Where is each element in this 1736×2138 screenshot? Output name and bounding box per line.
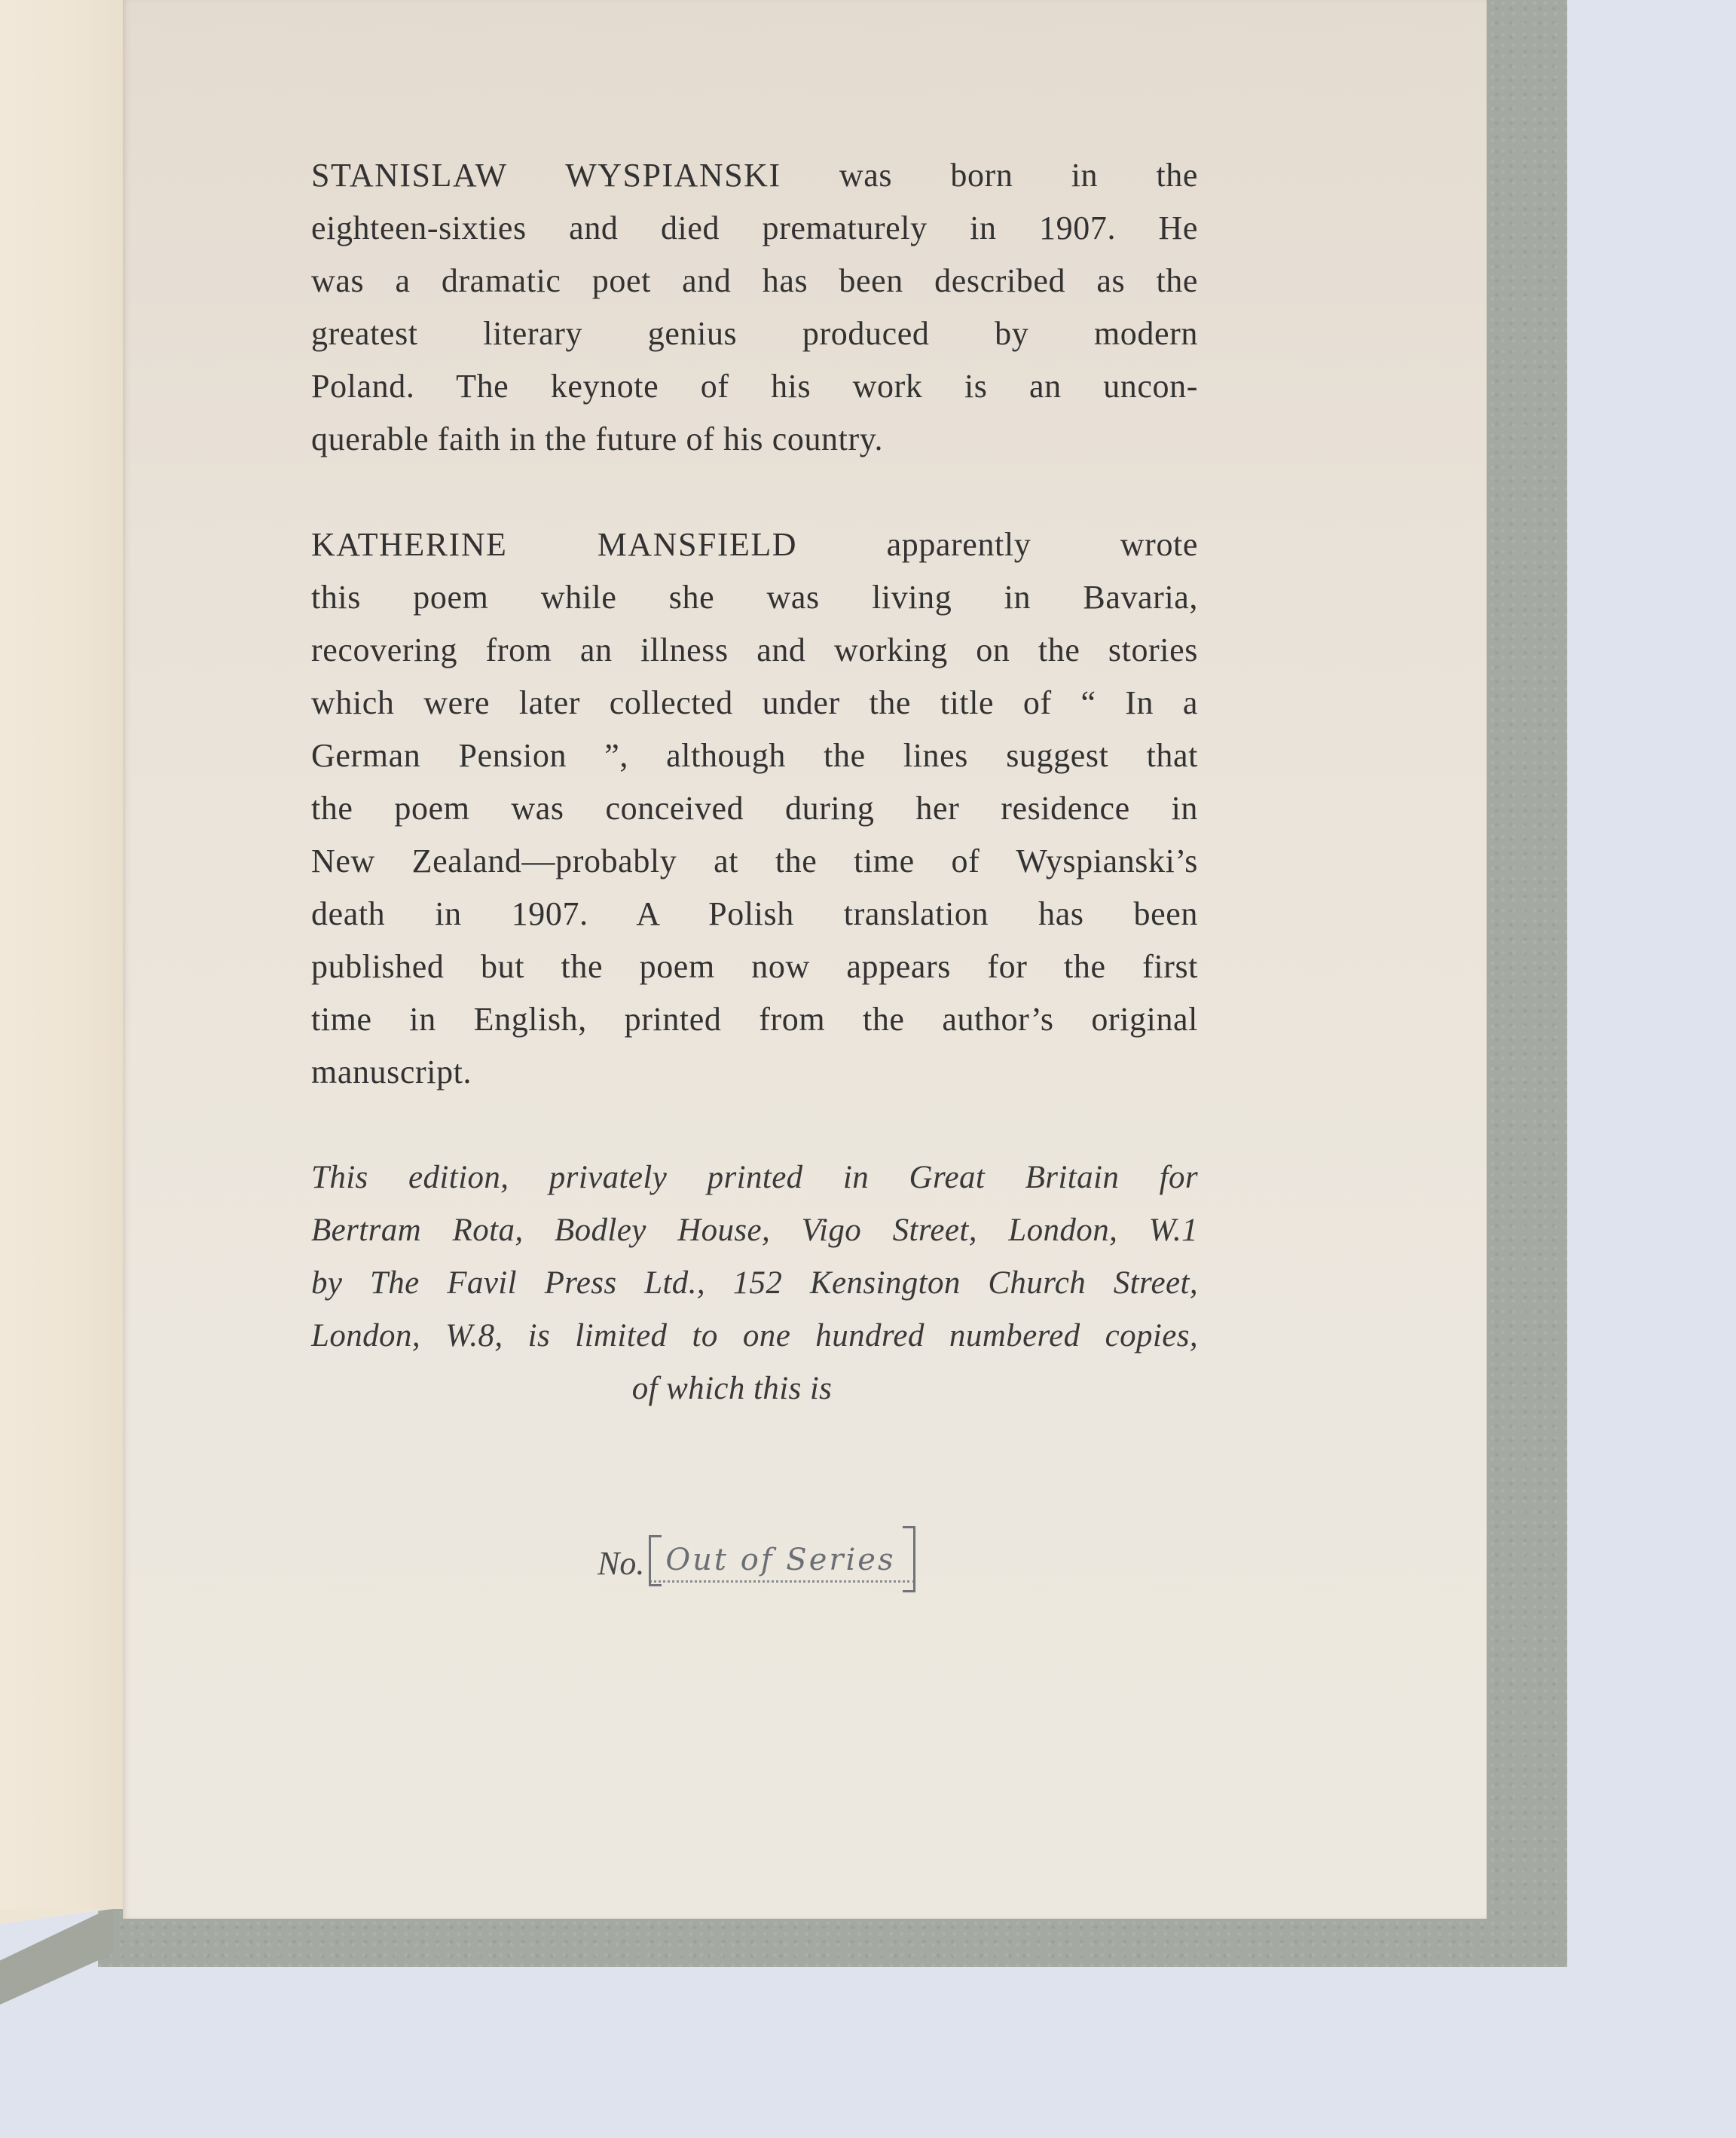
colophon-line: Bertram Rota, Bodley House, Vigo Street,… (311, 1204, 1198, 1257)
colophon-line: of which this is (311, 1363, 1198, 1415)
text-column: STANISLAW WYSPIANSKI was born in the eig… (311, 149, 1198, 1415)
text-line: recovering from an illness and working o… (311, 624, 1198, 677)
text-line: Poland. The keynote of his work is an un… (311, 360, 1198, 413)
text-line: was a dramatic poet and has been describ… (311, 255, 1198, 307)
text-line: the poem was conceived during her reside… (311, 782, 1198, 835)
text-fragment: apparently wrote (797, 526, 1198, 563)
pencil-bracket-right (903, 1526, 915, 1592)
handwritten-text: Out of Series (665, 1543, 895, 1577)
limitation-statement: This edition, privately printed in Great… (311, 1152, 1198, 1415)
text-line: which were later collected under the tit… (311, 677, 1198, 729)
colophon-line: by The Favil Press Ltd., 152 Kensington … (311, 1257, 1198, 1310)
text-line: manuscript. (311, 1046, 1198, 1099)
text-line: this poem while she was living in Bavari… (311, 571, 1198, 624)
text-line: eighteen-sixties and died prematurely in… (311, 202, 1198, 255)
author-name-mansfield: KATHERINE MANSFIELD (311, 526, 797, 563)
text-fragment: was born in the (781, 157, 1198, 194)
colophon-page: STANISLAW WYSPIANSKI was born in the eig… (123, 0, 1487, 1919)
copy-number-label: No. (598, 1544, 644, 1583)
text-line: STANISLAW WYSPIANSKI was born in the (311, 149, 1198, 202)
text-line: published but the poem now appears for t… (311, 941, 1198, 993)
text-line: greatest literary genius produced by mod… (311, 307, 1198, 360)
book-photo: STANISLAW WYSPIANSKI was born in the eig… (0, 0, 1736, 2138)
paragraph-wyspianski: STANISLAW WYSPIANSKI was born in the eig… (311, 149, 1198, 466)
facing-page-edge (0, 0, 123, 1909)
colophon-line: This edition, privately printed in Great… (311, 1152, 1198, 1204)
paragraph-mansfield: KATHERINE MANSFIELD apparently wrote thi… (311, 518, 1198, 1099)
copy-number: No. Out of Series (598, 1522, 915, 1583)
text-line: time in English, printed from the author… (311, 993, 1198, 1046)
text-line: querable faith in the future of his coun… (311, 413, 1198, 466)
text-line: German Pension ”, although the lines sug… (311, 729, 1198, 782)
text-line: New Zealand—probably at the time of Wysp… (311, 835, 1198, 888)
text-line: death in 1907. A Polish translation has … (311, 888, 1198, 941)
text-line: KATHERINE MANSFIELD apparently wrote (311, 518, 1198, 571)
colophon-line: London, W.8, is limited to one hundred n… (311, 1310, 1198, 1363)
handwritten-copy-number: Out of Series (649, 1543, 915, 1583)
pencil-bracket-left (649, 1535, 662, 1586)
author-name-wyspianski: STANISLAW WYSPIANSKI (311, 157, 781, 194)
